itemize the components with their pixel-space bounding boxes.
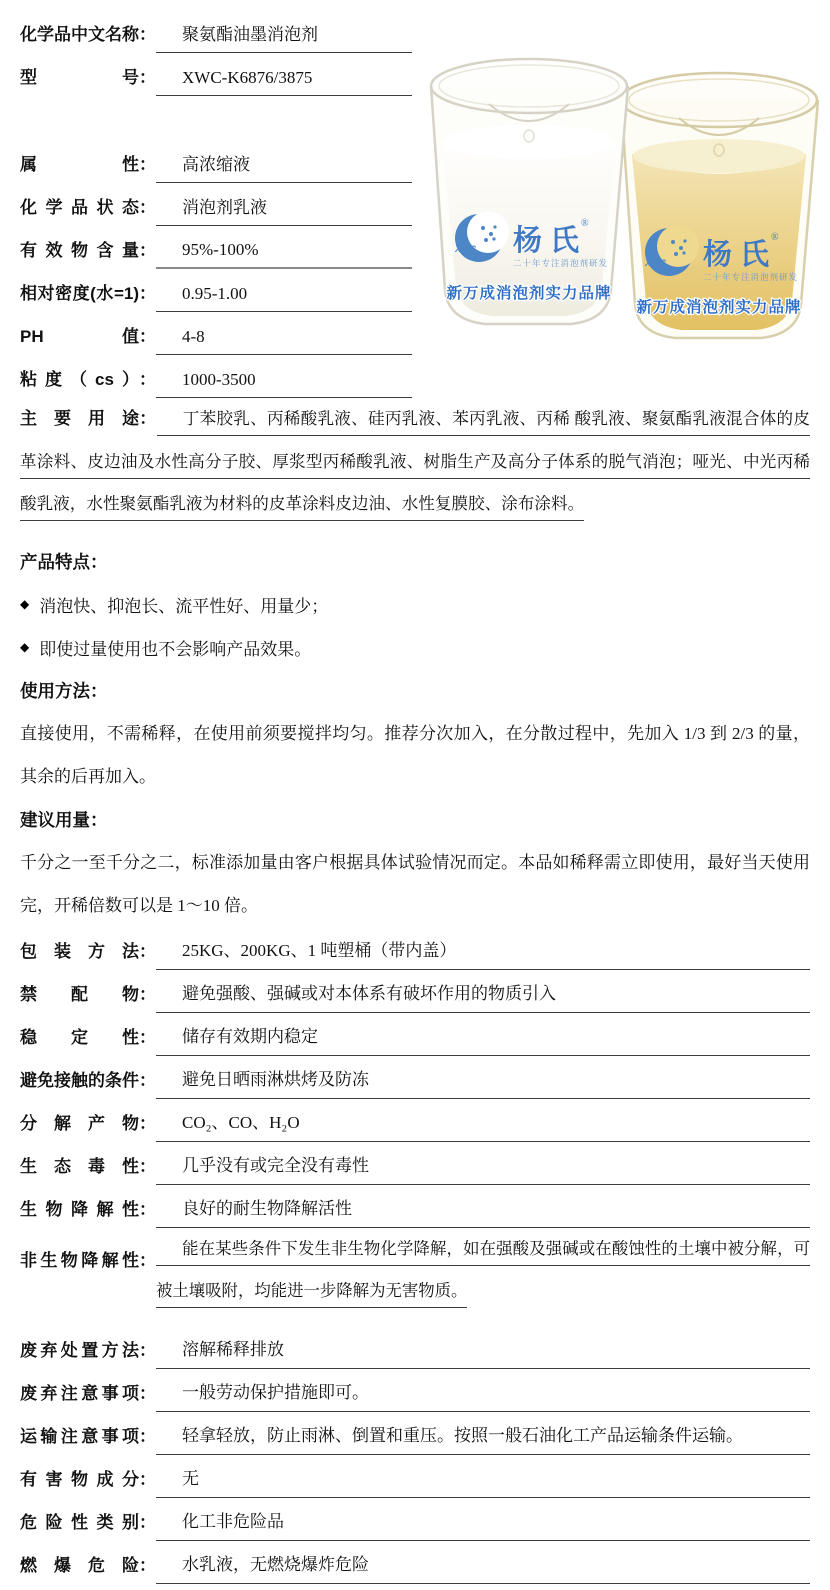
field-value: 能在某些条件下发生非生物化学降解，如在强酸及强碱或在酸蚀性的土壤中被分解，可被土… <box>156 1239 810 1301</box>
field-label: 运输注意事项 <box>20 1422 139 1447</box>
label-colon: ： <box>139 279 156 304</box>
beaker-yellow: XWC 杨氏 ® 二十年专注消泡剂研发 新万成消泡剂实力品牌 <box>621 73 818 338</box>
spacer <box>20 526 810 540</box>
field-value: 溶解稀释排放 <box>156 1339 810 1368</box>
logo-dot <box>493 225 496 228</box>
dosage-text: 千分之一至千分之二，标准添加量由客户根据具体试验情况而定。本品如稀释需立即使用，… <box>20 841 810 927</box>
beaker-rim <box>621 73 817 127</box>
field-value: 避免强酸、强碱或对本体系有破坏作用的物质引入 <box>156 983 810 1012</box>
label-colon: ： <box>139 1066 156 1091</box>
top-section: XWC 杨氏 ® 二十年专注消泡剂研发 新万成消泡剂实力品牌 <box>20 10 810 398</box>
field-value: 无 <box>156 1468 810 1497</box>
field-value: 高浓缩液 <box>156 154 412 183</box>
field-label: 废弃处置方法 <box>20 1336 139 1361</box>
brand-banner-text: 新万成消泡剂实力品牌 <box>636 297 801 316</box>
logo-dot <box>481 226 485 230</box>
field-disposal-precautions: 废弃注意事项： 一般劳动保护措施即可。 <box>20 1369 810 1412</box>
label-colon: ： <box>139 1422 156 1447</box>
label-colon: ： <box>139 1336 156 1361</box>
usage-text: 直接使用，不需稀释，在使用前须要搅拌均匀。推荐分次加入，在分散过程中，先加入 1… <box>20 712 810 798</box>
field-disposal-method: 废弃处置方法： 溶解稀释排放 <box>20 1326 810 1369</box>
field-value: 良好的耐生物降解活性 <box>156 1198 810 1227</box>
field-decomposition-products: 分解产物： CO₂、CO、H₂O <box>20 1099 810 1142</box>
field-stability: 稳定性： 储存有效期内稳定 <box>20 1013 810 1056</box>
logo-dot <box>671 240 675 244</box>
field-label: 生物降解性 <box>20 1195 139 1220</box>
field-active-content: 有效物含量： 95%-100% <box>20 226 412 269</box>
field-label: 相对密度(水=1) <box>20 279 139 304</box>
spacer <box>20 1314 810 1326</box>
label-colon: ： <box>139 20 156 45</box>
field-label: 燃爆危险 <box>20 1551 139 1576</box>
label-colon: ： <box>139 1551 156 1576</box>
field-label: 包装方法 <box>20 937 139 962</box>
brand-logo: XWC 杨氏 ® 二十年专注消泡剂研发 新万成消泡剂实力品牌 <box>446 211 611 302</box>
field-value: 水乳液，无燃烧爆炸危险 <box>156 1554 810 1583</box>
field-label: 禁配物 <box>20 980 139 1005</box>
diamond-bullet-icon: ◆ <box>20 597 29 612</box>
brand-xwc-text: XWC <box>454 244 476 254</box>
section-heading-features: 产品特点： <box>20 540 810 583</box>
field-label: 生态毒性 <box>20 1152 139 1177</box>
beaker-rim <box>431 59 627 113</box>
label-colon: ： <box>139 1246 156 1271</box>
label-colon: ： <box>139 1195 156 1220</box>
field-label: 化学品状态 <box>20 193 139 218</box>
logo-dot <box>489 232 493 236</box>
field-main-use: 主要用途：丁苯胶乳、丙稀酸乳液、硅丙乳液、苯丙乳液、丙稀 酸乳液、聚氨酯乳液混合… <box>20 398 810 526</box>
field-value: 4-8 <box>156 326 412 355</box>
field-value: 25KG、200KG、1 吨塑桶（带内盖） <box>156 940 810 969</box>
diamond-bullet-icon: ◆ <box>20 640 29 655</box>
registered-mark: ® <box>581 218 589 229</box>
brand-tagline-small: 二十年专注消泡剂研发 <box>703 272 798 282</box>
field-label: 危险性类别 <box>20 1508 139 1533</box>
field-label: 废弃注意事项 <box>20 1379 139 1404</box>
field-value: 1000-3500 <box>156 369 412 398</box>
field-label: 有效物含量 <box>20 236 139 261</box>
section-heading-usage: 使用方法： <box>20 669 810 712</box>
field-label: 有害物成分 <box>20 1465 139 1490</box>
logo-dot <box>484 238 488 242</box>
feature-text: 消泡快、抑泡长、流平性好、用量少； <box>39 592 328 617</box>
brand-name-text: 杨氏 <box>513 224 587 257</box>
brand-xwc-text: XWC <box>644 258 666 268</box>
logo-dot <box>683 239 686 242</box>
logo-dot <box>674 252 678 256</box>
label-colon: ： <box>139 1465 156 1490</box>
brand-logo: XWC 杨氏 ® 二十年专注消泡剂研发 新万成消泡剂实力品牌 <box>636 225 801 316</box>
spacer <box>20 96 412 140</box>
field-label: 非生物降解性 <box>20 1246 139 1271</box>
field-value: 消泡剂乳液 <box>156 197 412 226</box>
field-transport-precautions: 运输注意事项： 轻拿轻放，防止雨淋、倒置和重压。按照一般石油化工产品运输条件运输… <box>20 1412 810 1455</box>
field-value: CO₂、CO、H₂O <box>156 1112 810 1141</box>
field-label: 型号 <box>20 63 139 88</box>
field-value: 避免日晒雨淋烘烤及防冻 <box>156 1069 810 1098</box>
field-value: 储存有效期内稳定 <box>156 1026 810 1055</box>
field-abiotic-degradability: 非生物降解性： 能在某些条件下发生非生物化学降解，如在强酸及强碱或在酸蚀性的土壤… <box>20 1228 810 1314</box>
logo-dot <box>492 237 495 240</box>
section-heading-dosage: 建议用量： <box>20 798 810 841</box>
field-value: 轻拿轻放，防止雨淋、倒置和重压。按照一般石油化工产品运输条件运输。 <box>156 1425 810 1454</box>
label-colon: ： <box>139 1023 156 1048</box>
field-state: 化学品状态： 消泡剂乳液 <box>20 183 412 226</box>
field-label: 粘度（cs） <box>20 365 139 390</box>
top-field-rows: 化学品中文名称： 聚氨酯油墨消泡剂 型号： XWC-K6876/3875 属性：… <box>20 10 412 398</box>
product-photo: XWC 杨氏 ® 二十年专注消泡剂研发 新万成消泡剂实力品牌 <box>420 50 822 354</box>
field-label: 稳定性 <box>20 1023 139 1048</box>
field-label: 主要用途 <box>20 398 139 441</box>
field-label: 化学品中文名称 <box>20 20 139 45</box>
field-ph: PH值： 4-8 <box>20 312 412 355</box>
logo-dot <box>679 246 683 250</box>
label-colon: ： <box>139 63 156 88</box>
logo-dot <box>682 251 685 254</box>
field-value: 一般劳动保护措施即可。 <box>156 1382 810 1411</box>
label-colon: ： <box>139 409 157 428</box>
field-harmful-components: 有害物成分： 无 <box>20 1455 810 1498</box>
field-hazard-class: 危险性类别： 化工非危险品 <box>20 1498 810 1541</box>
field-biodegradability: 生物降解性： 良好的耐生物降解活性 <box>20 1185 810 1228</box>
field-chemical-name: 化学品中文名称： 聚氨酯油墨消泡剂 <box>20 10 412 53</box>
brand-banner-text: 新万成消泡剂实力品牌 <box>446 283 611 302</box>
field-property: 属性： 高浓缩液 <box>20 140 412 183</box>
label-colon: ： <box>139 236 156 261</box>
label-colon: ： <box>139 980 156 1005</box>
label-colon: ： <box>139 1109 156 1134</box>
field-density: 相对密度(水=1)： 0.95-1.00 <box>20 269 412 312</box>
beaker-white: XWC 杨氏 ® 二十年专注消泡剂研发 新万成消泡剂实力品牌 <box>431 59 628 324</box>
label-colon: ： <box>139 1508 156 1533</box>
field-model: 型号： XWC-K6876/3875 <box>20 53 412 96</box>
field-label: PH值 <box>20 322 139 347</box>
feature-item: ◆ 即使过量使用也不会影响产品效果。 <box>20 626 810 669</box>
field-explosion-hazard: 燃爆危险： 水乳液，无燃烧爆炸危险 <box>20 1541 810 1584</box>
field-value: XWC-K6876/3875 <box>156 67 412 96</box>
field-packing: 包装方法： 25KG、200KG、1 吨塑桶（带内盖） <box>20 927 810 970</box>
field-incompatibles: 禁配物： 避免强酸、强碱或对本体系有破坏作用的物质引入 <box>20 970 810 1013</box>
label-colon: ： <box>139 193 156 218</box>
label-colon: ： <box>139 150 156 175</box>
field-eco-toxicity: 生态毒性： 几乎没有或完全没有毒性 <box>20 1142 810 1185</box>
field-label: 属性 <box>20 150 139 175</box>
field-viscosity: 粘度（cs）： 1000-3500 <box>20 355 412 398</box>
beakers-image: XWC 杨氏 ® 二十年专注消泡剂研发 新万成消泡剂实力品牌 <box>420 50 822 354</box>
brand-name-text: 杨氏 <box>703 238 777 271</box>
field-value: 化工非危险品 <box>156 1511 810 1540</box>
field-value: 95%-100% <box>156 239 412 269</box>
label-colon: ： <box>139 1379 156 1404</box>
field-value: 0.95-1.00 <box>156 283 412 312</box>
field-label: 避免接触的条件 <box>20 1066 139 1091</box>
field-value: 聚氨酯油墨消泡剂 <box>156 24 412 53</box>
field-label: 分解产物 <box>20 1109 139 1134</box>
spec-sheet: XWC 杨氏 ® 二十年专注消泡剂研发 新万成消泡剂实力品牌 <box>0 0 830 1584</box>
label-colon: ： <box>139 365 156 390</box>
label-colon: ： <box>139 322 156 347</box>
feature-item: ◆ 消泡快、抑泡长、流平性好、用量少； <box>20 583 810 626</box>
field-value: 几乎没有或完全没有毒性 <box>156 1155 810 1184</box>
feature-text: 即使过量使用也不会影响产品效果。 <box>39 635 311 660</box>
label-colon: ： <box>139 1152 156 1177</box>
label-colon: ： <box>139 937 156 962</box>
brand-tagline-small: 二十年专注消泡剂研发 <box>513 258 608 268</box>
registered-mark: ® <box>771 232 779 243</box>
field-conditions-to-avoid: 避免接触的条件： 避免日晒雨淋烘烤及防冻 <box>20 1056 810 1099</box>
